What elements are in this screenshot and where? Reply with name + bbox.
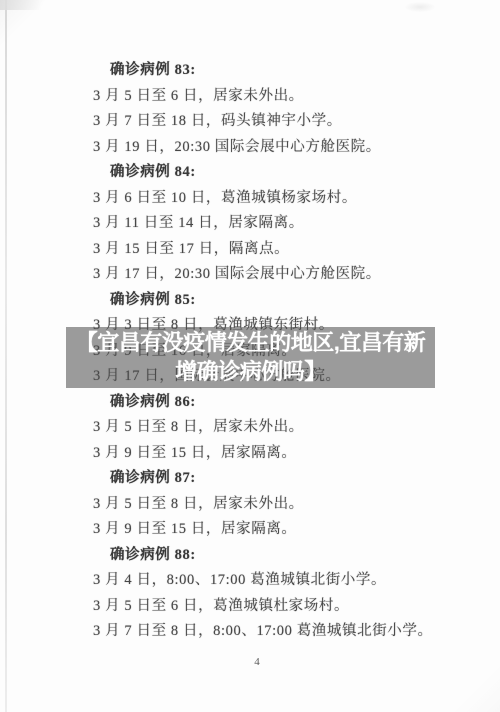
scanned-document-page: 确诊病例 83:3 月 5 日至 6 日，居家未外出。3 月 7 日至 18 日… <box>0 0 500 712</box>
itinerary-line: 3 月 7 日至 18 日，码头镇神宇小学。 <box>0 107 500 133</box>
itinerary-line: 3 月 15 日至 17 日，隔离点。 <box>0 235 500 261</box>
itinerary-line: 3 月 6 日至 10 日，葛渔城镇杨家场村。 <box>0 184 500 210</box>
overlay-title-line2: 增确诊病例吗】 <box>66 357 435 386</box>
scan-smudge-top-right <box>405 2 435 12</box>
itinerary-line: 3 月 7 日至 8 日，8:00、17:00 葛渔城镇北街小学。 <box>0 617 500 643</box>
case-header-line: 确诊病例 86: <box>0 388 500 414</box>
overlay-title-line1: 【宜昌有没疫情发生的地区,宜昌有新 <box>66 328 435 357</box>
case-header-line: 确诊病例 85: <box>0 286 500 312</box>
case-header-line: 确诊病例 87: <box>0 464 500 490</box>
caption-overlay-banner: 【宜昌有没疫情发生的地区,宜昌有新 增确诊病例吗】 <box>66 327 435 388</box>
itinerary-line: 3 月 17 日，20:30 国际会展中心方舱医院。 <box>0 260 500 286</box>
itinerary-line: 3 月 4 日，8:00、17:00 葛渔城镇北街小学。 <box>0 566 500 592</box>
itinerary-line: 3 月 5 日至 6 日，居家未外出。 <box>0 82 500 108</box>
itinerary-line: 3 月 11 日至 14 日，居家隔离。 <box>0 209 500 235</box>
itinerary-line: 3 月 5 日至 6 日，葛渔城镇杜家场村。 <box>0 592 500 618</box>
itinerary-line: 3 月 5 日至 8 日，居家未外出。 <box>0 490 500 516</box>
itinerary-line: 3 月 9 日至 15 日，居家隔离。 <box>0 515 500 541</box>
case-header-line: 确诊病例 84: <box>0 158 500 184</box>
case-header-line: 确诊病例 88: <box>0 541 500 567</box>
itinerary-line: 3 月 19 日，20:30 国际会展中心方舱医院。 <box>0 133 500 159</box>
itinerary-line: 3 月 9 日至 15 日，居家隔离。 <box>0 439 500 465</box>
case-header-line: 确诊病例 83: <box>0 56 500 82</box>
page-number: 4 <box>0 656 500 668</box>
itinerary-line: 3 月 5 日至 8 日，居家未外出。 <box>0 413 500 439</box>
scan-smudge-top-left <box>0 0 60 10</box>
